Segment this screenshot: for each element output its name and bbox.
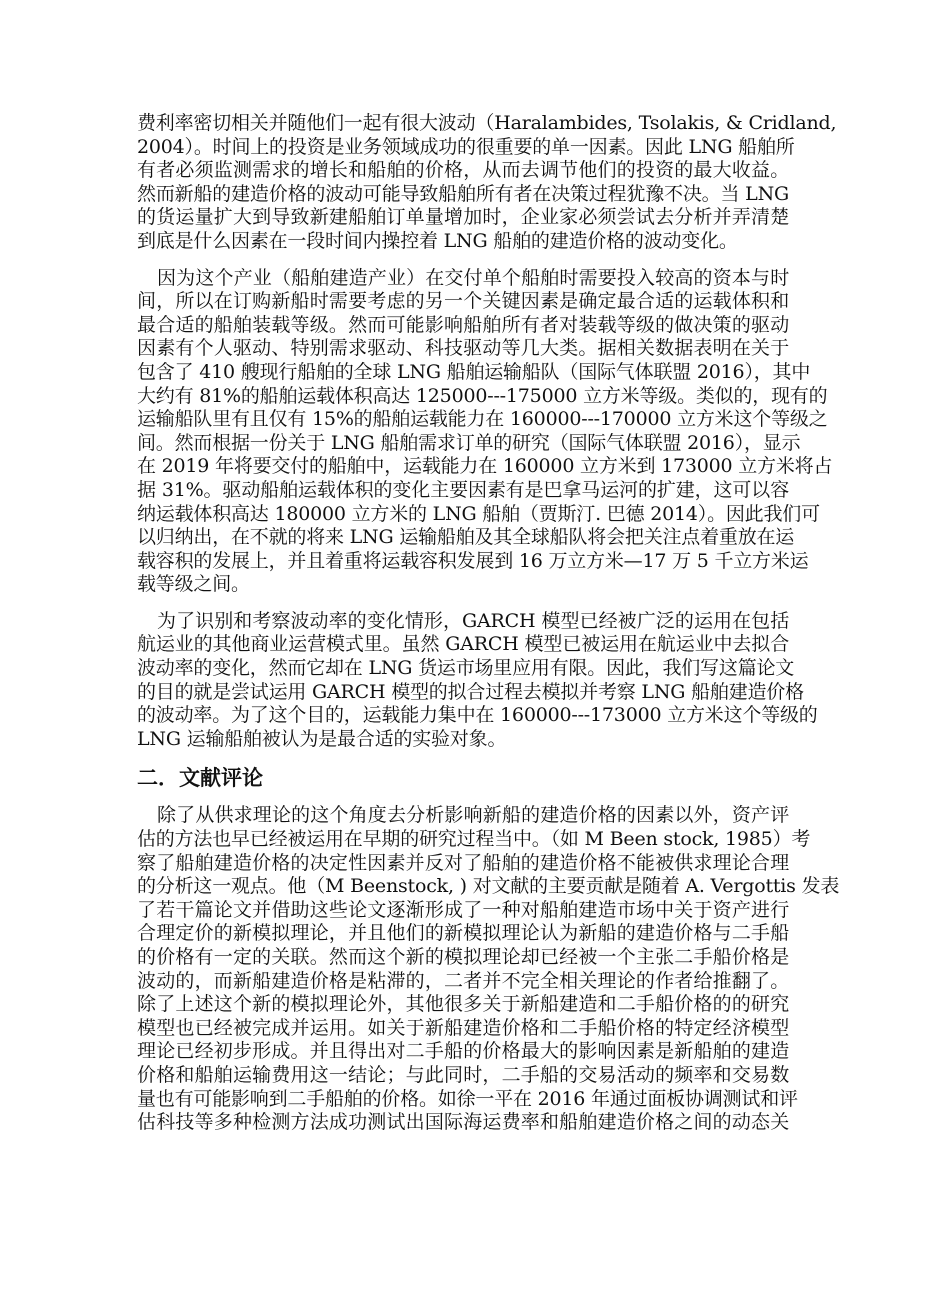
text-line: 理论已经初步形成。并且得出对二手船的价格最大的影响因素是新船舶的建造 [137, 1040, 789, 1064]
text-line: 波动率的变化，然而它却在 LNG 货运市场里应用有限。因此，我们写这篇论文 [137, 657, 789, 681]
text-line: 到底是什么因素在一段时间内操控着 LNG 船舶的建造价格的波动变化。 [137, 230, 789, 254]
section-heading: 二．文献评论 [137, 764, 789, 792]
text-line: 载容积的发展上，并且着重将运载容积发展到 16 万立方米—17 万 5 千立方米… [137, 550, 789, 574]
document-page: 费利率密切相关并随他们一起有很大波动（Haralambides, Tsolaki… [137, 112, 789, 1148]
text-line: 的波动率。为了这个目的，运载能力集中在 160000---173000 立方米这… [137, 704, 789, 728]
text-line: 估科技等多种检测方法成功测试出国际海运费率和船舶建造价格之间的动态关 [137, 1111, 789, 1135]
text-line: 合理定价的新模拟理论，并且他们的新模拟理论认为新船的建造价格与二手船 [137, 922, 789, 946]
text-line: 除了上述这个新的模拟理论外，其他很多关于新船建造和二手船价格的的研究 [137, 993, 789, 1017]
paragraph-3: 为了识别和考察波动率的变化情形，GARCH 模型已经被广泛的运用在包括 航运业的… [137, 610, 789, 752]
text-line: 因为这个产业（船舶建造产业）在交付单个船舶时需要投入较高的资本与时 [137, 267, 789, 291]
text-line: 因素有个人驱动、特别需求驱动、科技驱动等几大类。据相关数据表明在关于 [137, 337, 789, 361]
text-line: 的分析这一观点。他（M Beenstock, ) 对文献的主要贡献是随着 A. … [137, 875, 789, 899]
text-line: 费利率密切相关并随他们一起有很大波动（Haralambides, Tsolaki… [137, 112, 789, 136]
text-line: 波动的，而新船建造价格是粘滞的，二者并不完全相关理论的作者给推翻了。 [137, 970, 789, 994]
text-line: 然而新船的建造价格的波动可能导致船舶所有者在决策过程犹豫不决。当 LNG [137, 183, 789, 207]
text-line: 的目的就是尝试运用 GARCH 模型的拟合过程去模拟并考察 LNG 船舶建造价格 [137, 681, 789, 705]
text-line: 载等级之间。 [137, 573, 789, 597]
text-line: 了若干篇论文并借助这些论文逐渐形成了一种对船舶建造市场中关于资产进行 [137, 899, 789, 923]
text-line: 包含了 410 艘现行船舶的全球 LNG 船舶运输船队（国际气体联盟 2016）… [137, 361, 789, 385]
text-line: 据 31%。驱动船舶运载体积的变化主要因素有是巴拿马运河的扩建，这可以容 [137, 479, 789, 503]
text-line: 间，所以在订购新船时需要考虑的另一个关键因素是确定最合适的运载体积和 [137, 290, 789, 314]
paragraph-1: 费利率密切相关并随他们一起有很大波动（Haralambides, Tsolaki… [137, 112, 789, 254]
text-line: 在 2019 年将要交付的船舶中，运载能力在 160000 立方米到 17300… [137, 455, 789, 479]
text-line: 价格和船舶运输费用这一结论；与此同时，二手船的交易活动的频率和交易数 [137, 1064, 789, 1088]
text-line: 估的方法也早已经被运用在早期的研究过程当中。（如 M Been stock, 1… [137, 828, 789, 852]
text-line: 有者必须监测需求的增长和船舶的价格，从而去调节他们的投资的最大收益。 [137, 159, 789, 183]
text-line: 以归纳出，在不就的将来 LNG 运输船舶及其全球船队将会把关注点着重放在运 [137, 526, 789, 550]
text-line: 运输船队里有且仅有 15%的船舶运载能力在 160000---170000 立方… [137, 408, 789, 432]
text-line: LNG 运输船舶被认为是最合适的实验对象。 [137, 728, 789, 752]
text-line: 察了船舶建造价格的决定性因素并反对了船舶的建造价格不能被供求理论合理 [137, 852, 789, 876]
text-line: 纳运载体积高达 180000 立方米的 LNG 船舶（贾斯汀. 巴德 2014）… [137, 503, 789, 527]
text-line: 最合适的船舶装载等级。然而可能影响船舶所有者对装载等级的做决策的驱动 [137, 314, 789, 338]
text-line: 除了从供求理论的这个角度去分析影响新船的建造价格的因素以外，资产评 [137, 804, 789, 828]
text-line: 模型也已经被完成并运用。如关于新船建造价格和二手船价格的特定经济模型 [137, 1017, 789, 1041]
paragraph-2: 因为这个产业（船舶建造产业）在交付单个船舶时需要投入较高的资本与时 间，所以在订… [137, 267, 789, 597]
text-line: 大约有 81%的船舶运载体积高达 125000---175000 立方米等级。类… [137, 385, 789, 409]
text-line: 2004）。时间上的投资是业务领域成功的很重要的单一因素。因此 LNG 船舶所 [137, 136, 789, 160]
paragraph-4: 除了从供求理论的这个角度去分析影响新船的建造价格的因素以外，资产评 估的方法也早… [137, 804, 789, 1134]
text-line: 为了识别和考察波动率的变化情形，GARCH 模型已经被广泛的运用在包括 [137, 610, 789, 634]
text-line: 间。然而根据一份关于 LNG 船舶需求订单的研究（国际气体联盟 2016），显示 [137, 432, 789, 456]
text-line: 的价格有一定的关联。然而这个新的模拟理论却已经被一个主张二手船价格是 [137, 946, 789, 970]
text-line: 航运业的其他商业运营模式里。虽然 GARCH 模型已被运用在航运业中去拟合 [137, 633, 789, 657]
text-line: 的货运量扩大到导致新建船舶订单量增加时，企业家必须尝试去分析并弄清楚 [137, 206, 789, 230]
text-line: 量也有可能影响到二手船舶的价格。如徐一平在 2016 年通过面板协调测试和评 [137, 1088, 789, 1112]
